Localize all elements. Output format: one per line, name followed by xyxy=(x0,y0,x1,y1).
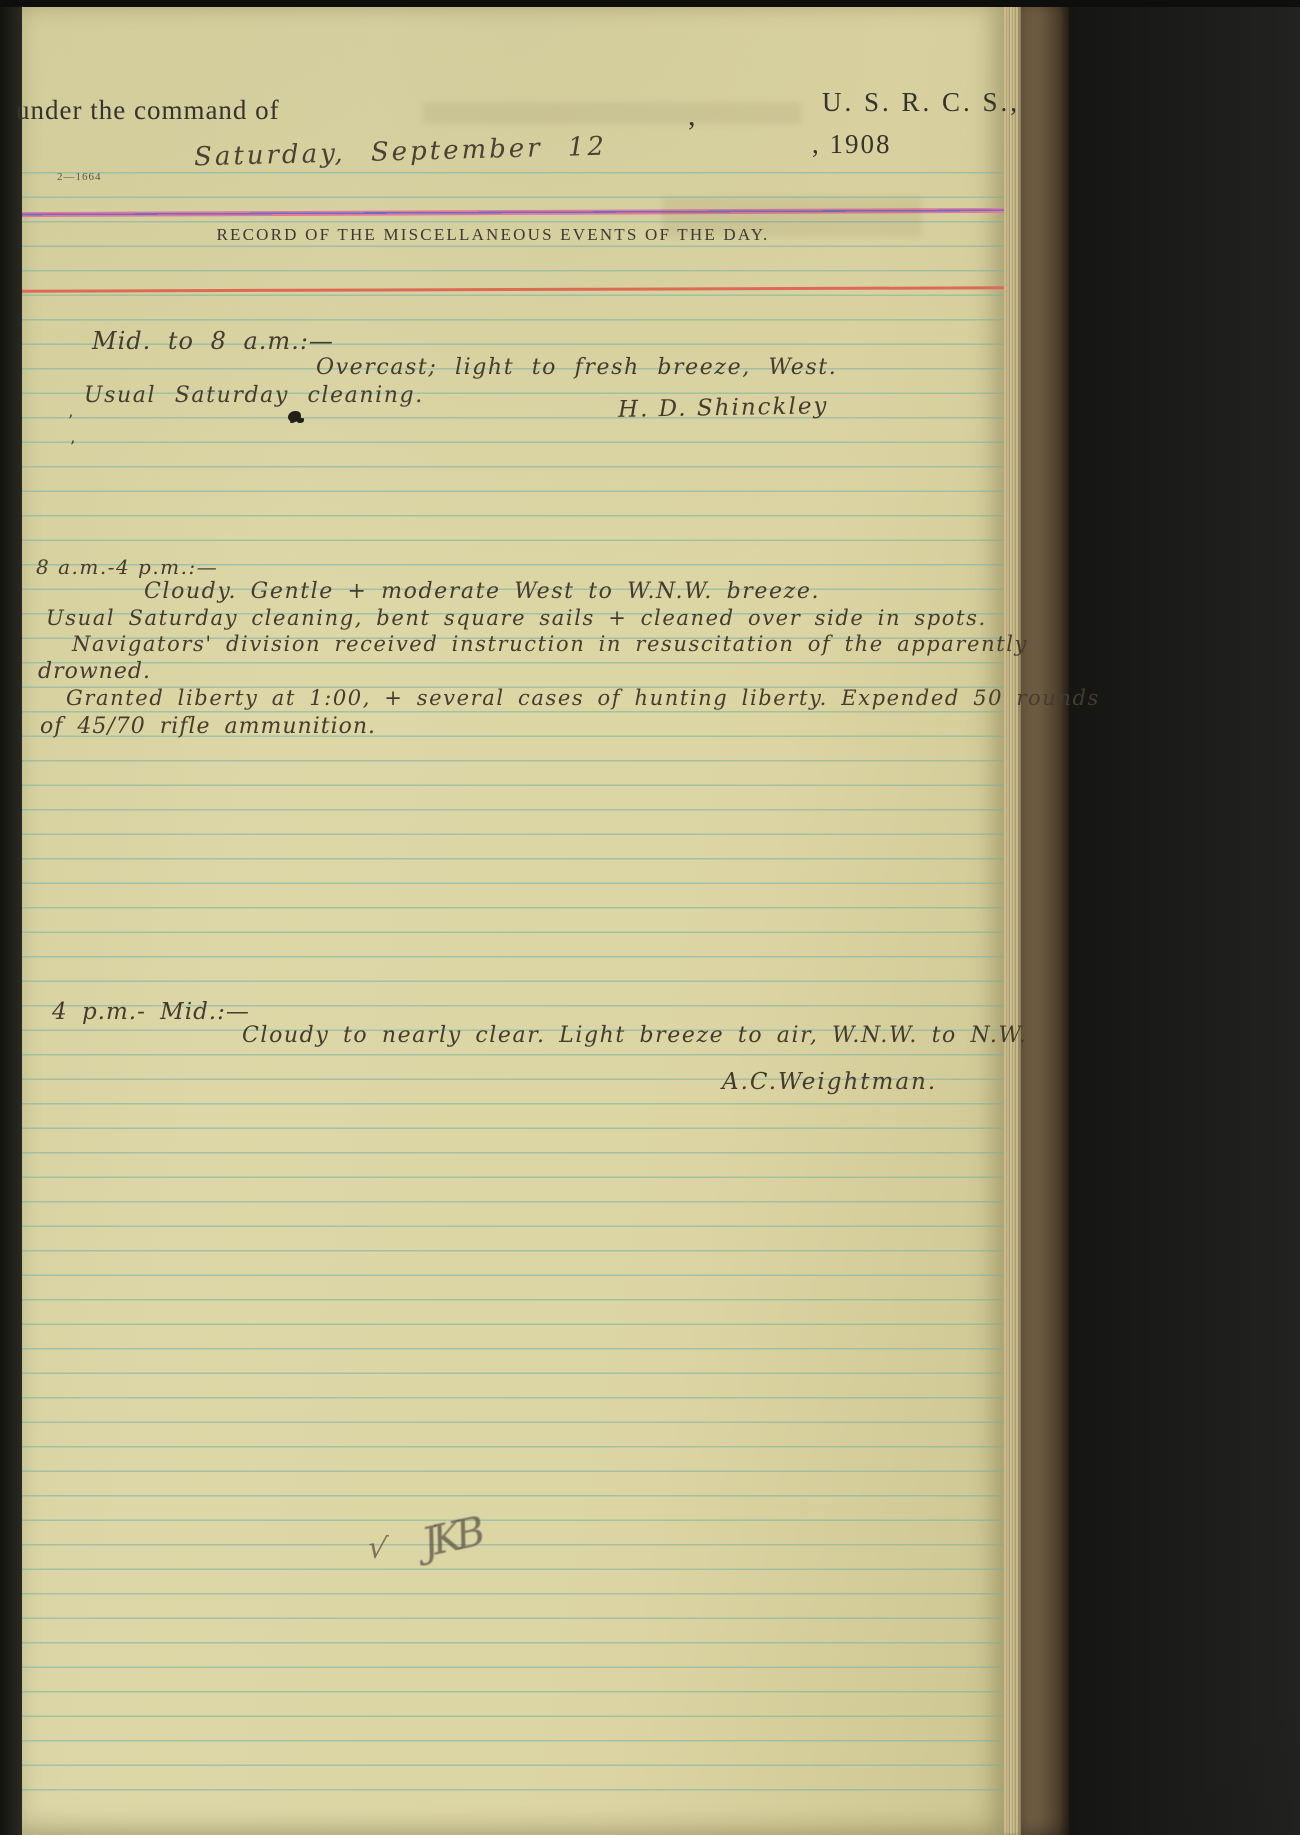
entry-3-period: 4 p.m.- Mid.:— xyxy=(52,999,250,1025)
preprinted-comma: , xyxy=(688,99,696,133)
book-cover-edge xyxy=(1021,0,1069,1835)
entry-3-line-1: Cloudy to nearly clear. Light breeze to … xyxy=(242,1023,1027,1048)
entry-3-signature: A.C.Weightman. xyxy=(722,1069,937,1095)
logbook-photo: under the command of , U. S. R. C. S., ,… xyxy=(0,0,1300,1835)
entry-2-period: 8 a.m.-4 p.m.:— xyxy=(36,555,218,579)
background-right xyxy=(1069,0,1300,1835)
entry-2-line-3: Navigators' division received instructio… xyxy=(72,632,1028,656)
preprinted-command-text: under the command of xyxy=(16,95,280,126)
logbook-page: under the command of , U. S. R. C. S., ,… xyxy=(22,7,1004,1835)
entry-2-line-6: of 45/70 rifle ammunition. xyxy=(40,714,376,739)
stray-mark: ’ xyxy=(68,411,73,430)
entry-2-line-5: Granted liberty at 1:00, + several cases… xyxy=(66,686,1100,710)
entry-1-line-2: Usual Saturday cleaning. xyxy=(84,383,424,408)
form-number: 2—1664 xyxy=(57,171,102,183)
stray-mark: ’ xyxy=(70,437,75,456)
year-line: , 1908 xyxy=(812,129,892,160)
service-abbreviation: U. S. R. C. S., xyxy=(822,87,1020,118)
background-left xyxy=(0,0,22,1835)
section-title: RECORD OF THE MISCELLANEOUS EVENTS OF TH… xyxy=(22,225,964,245)
entry-1-signature: H. D. Shinckley xyxy=(618,393,829,423)
entry-2-line-1: Cloudy. Gentle + moderate West to W.N.W.… xyxy=(144,579,820,604)
page-stack-edge xyxy=(1004,0,1021,1835)
entry-1-line-1: Overcast; light to fresh breeze, West. xyxy=(316,355,837,380)
entry-1-period: Mid. to 8 a.m.:— xyxy=(92,327,334,355)
entry-2-line-4: drowned. xyxy=(38,659,151,684)
background-top xyxy=(0,0,1300,7)
entry-2-line-2: Usual Saturday cleaning, bent square sai… xyxy=(46,606,987,630)
bleed-through-smudge xyxy=(422,102,802,124)
